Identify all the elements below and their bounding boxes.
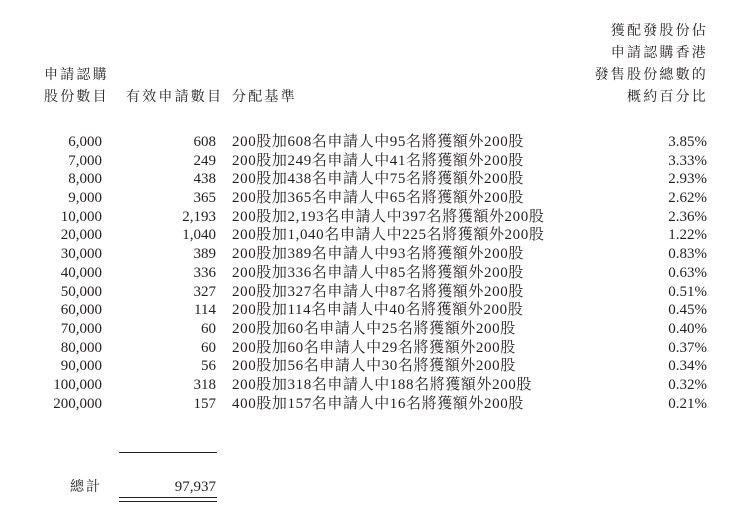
total-applications: 97,937 [175, 477, 216, 497]
cell-shares: 7,000 [68, 152, 102, 171]
table-row: 9,000 365 200股加365名申請人中65名將獲額外200股 2.62% [0, 189, 737, 208]
cell-basis: 200股加327名申請人中87名將獲額外200股 [232, 283, 524, 302]
table-row: 20,000 1,040 200股加1,040名申請人中225名將獲額外200股… [0, 226, 737, 245]
header-line: 申請認購 [44, 64, 109, 86]
cell-shares: 20,000 [61, 226, 102, 245]
cell-basis: 200股加114名申請人中40名將獲額外200股 [232, 301, 523, 320]
cell-shares: 9,000 [68, 189, 102, 208]
cell-applications: 157 [194, 395, 217, 414]
cell-applications: 60 [201, 339, 216, 358]
table-row: 100,000 318 200股加318名申請人中188名將獲額外200股 0.… [0, 376, 737, 395]
cell-shares: 8,000 [68, 170, 102, 189]
total-label: 總計 [70, 477, 102, 497]
cell-applications: 336 [194, 264, 217, 283]
cell-shares: 60,000 [61, 301, 102, 320]
cell-shares: 90,000 [61, 357, 102, 376]
table-body: 6,000 608 200股加608名申請人中95名將獲額外200股 3.85%… [0, 133, 737, 413]
cell-applications: 60 [201, 320, 216, 339]
cell-percent: 3.85% [668, 133, 707, 152]
cell-applications: 389 [194, 245, 217, 264]
cell-percent: 0.32% [668, 376, 707, 395]
table-row: 70,000 60 200股加60名申請人中25名將獲額外200股 0.40% [0, 320, 737, 339]
cell-basis: 200股加1,040名申請人中225名將獲額外200股 [232, 226, 544, 245]
cell-basis: 200股加365名申請人中65名將獲額外200股 [232, 189, 524, 208]
cell-percent: 0.40% [668, 320, 707, 339]
header-line: 概約百分比 [595, 86, 708, 108]
header-shares-applied: 申請認購 股份數目 [44, 64, 109, 108]
cell-basis: 200股加60名申請人中25名將獲額外200股 [232, 320, 516, 339]
cell-applications: 438 [194, 170, 217, 189]
table-row: 50,000 327 200股加327名申請人中87名將獲額外200股 0.51… [0, 283, 737, 302]
table-row: 7,000 249 200股加249名申請人中41名將獲額外200股 3.33% [0, 152, 737, 171]
cell-percent: 0.21% [668, 395, 707, 414]
cell-percent: 0.63% [668, 264, 707, 283]
cell-percent: 0.51% [668, 283, 707, 302]
cell-basis: 200股加249名申請人中41名將獲額外200股 [232, 152, 524, 171]
table-row: 80,000 60 200股加60名申請人中29名將獲額外200股 0.37% [0, 339, 737, 358]
table-row: 8,000 438 200股加438名申請人中75名將獲額外200股 2.93% [0, 170, 737, 189]
cell-percent: 0.37% [668, 339, 707, 358]
header-line: 發售股份總數的 [595, 64, 708, 86]
cell-shares: 10,000 [61, 208, 102, 227]
cell-percent: 0.45% [668, 301, 707, 320]
table-row: 30,000 389 200股加389名申請人中93名將獲額外200股 0.83… [0, 245, 737, 264]
cell-basis: 200股加438名申請人中75名將獲額外200股 [232, 170, 524, 189]
cell-percent: 0.34% [668, 357, 707, 376]
cell-applications: 365 [194, 189, 217, 208]
header-approx-percentage: 獲配發股份佔 申請認購香港 發售股份總數的 概約百分比 [595, 20, 708, 108]
total-row: 總計 97,937 [0, 477, 737, 497]
cell-applications: 56 [201, 357, 216, 376]
cell-applications: 318 [194, 376, 217, 395]
cell-applications: 2,193 [182, 208, 216, 227]
subtotal-rule [119, 452, 217, 453]
cell-percent: 3.33% [668, 152, 707, 171]
cell-applications: 608 [194, 133, 217, 152]
cell-shares: 200,000 [53, 395, 102, 414]
cell-basis: 400股加157名申請人中16名將獲額外200股 [232, 395, 524, 414]
table-row: 10,000 2,193 200股加2,193名申請人中397名將獲額外200股… [0, 208, 737, 227]
cell-basis: 200股加2,193名申請人中397名將獲額外200股 [232, 208, 544, 227]
cell-percent: 2.93% [668, 170, 707, 189]
cell-shares: 50,000 [61, 283, 102, 302]
table-row: 90,000 56 200股加56名申請人中30名將獲額外200股 0.34% [0, 357, 737, 376]
cell-percent: 2.62% [668, 189, 707, 208]
table-row: 6,000 608 200股加608名申請人中95名將獲額外200股 3.85% [0, 133, 737, 152]
header-basis-of-allocation: 分配基準 [232, 86, 297, 108]
table-row: 200,000 157 400股加157名申請人中16名將獲額外200股 0.2… [0, 395, 737, 414]
cell-shares: 70,000 [61, 320, 102, 339]
cell-basis: 200股加56名申請人中30名將獲額外200股 [232, 357, 516, 376]
cell-basis: 200股加336名申請人中85名將獲額外200股 [232, 264, 524, 283]
cell-applications: 249 [194, 152, 217, 171]
table-row: 40,000 336 200股加336名申請人中85名將獲額外200股 0.63… [0, 264, 737, 283]
table-row: 60,000 114 200股加114名申請人中40名將獲額外200股 0.45… [0, 301, 737, 320]
cell-shares: 30,000 [61, 245, 102, 264]
cell-basis: 200股加608名申請人中95名將獲額外200股 [232, 133, 524, 152]
cell-percent: 0.83% [668, 245, 707, 264]
header-line: 股份數目 [44, 86, 109, 108]
header-line: 獲配發股份佔 [595, 20, 708, 42]
cell-basis: 200股加318名申請人中188名將獲額外200股 [232, 376, 532, 395]
cell-applications: 327 [194, 283, 217, 302]
cell-shares: 6,000 [68, 133, 102, 152]
cell-basis: 200股加389名申請人中93名將獲額外200股 [232, 245, 524, 264]
cell-shares: 80,000 [61, 339, 102, 358]
cell-basis: 200股加60名申請人中29名將獲額外200股 [232, 339, 516, 358]
cell-shares: 40,000 [61, 264, 102, 283]
cell-applications: 1,040 [182, 226, 216, 245]
cell-shares: 100,000 [53, 376, 102, 395]
total-double-rule [119, 497, 217, 502]
cell-percent: 1.22% [668, 226, 707, 245]
cell-applications: 114 [194, 301, 216, 320]
header-valid-applications: 有效申請數目 [126, 86, 223, 108]
header-line: 申請認購香港 [595, 42, 708, 64]
cell-percent: 2.36% [668, 208, 707, 227]
